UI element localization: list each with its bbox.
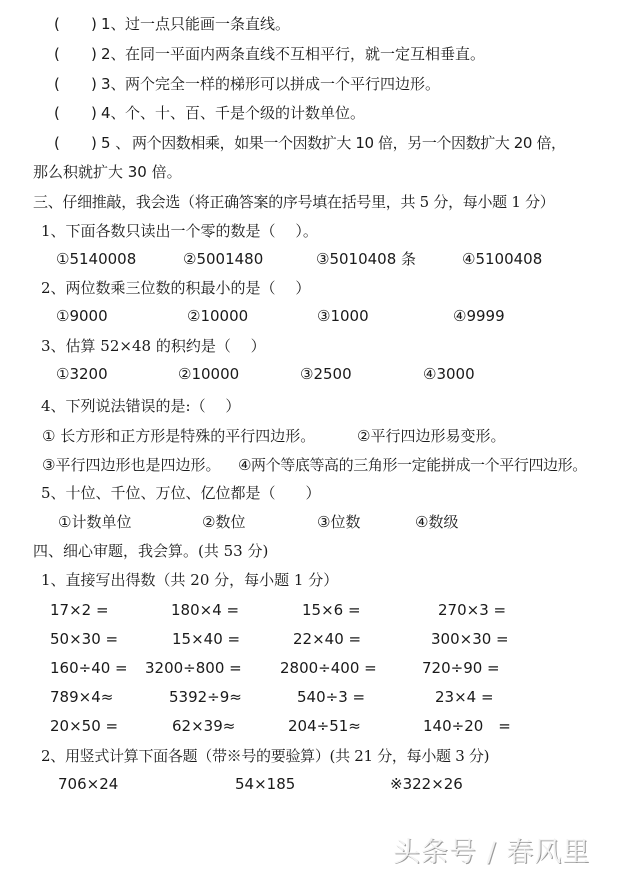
answer-paren-close: ): [91, 14, 97, 34]
question-text: 3、估算 52×48 的积约是（ ）: [41, 336, 266, 356]
option-2: ②10000: [187, 306, 248, 326]
option-4: ④5100408: [462, 249, 542, 269]
calc-item: 3200÷800 =: [145, 658, 242, 678]
section-title: 三、仔细推敲，我会选（将正确答案的序号填在括号里，共 5 分，每小题 1 分）: [33, 192, 554, 212]
written-calc-item: 54×185: [235, 774, 295, 794]
brand-watermark: 头条号 / 春风里: [393, 836, 590, 870]
option-3: ③1000: [317, 306, 369, 326]
item-text: 两个完全一样的梯形可以拼成一个平行四边形。: [125, 74, 440, 94]
answer-paren-close: ): [91, 74, 97, 94]
option-4: ④数级: [415, 512, 458, 532]
option-2: ②5001480: [183, 249, 263, 269]
question-text: 5、十位、千位、万位、亿位都是（ ）: [41, 483, 321, 503]
option-3: ③平行四边形也是四边形。: [42, 455, 220, 475]
item-number: 4、: [101, 103, 126, 123]
question-text: 2、两位数乘三位数的积最小的是（ ）: [41, 278, 310, 298]
answer-paren-close: ): [91, 103, 97, 123]
answer-paren-open[interactable]: (: [54, 133, 60, 153]
calc-item: 15×6 =: [302, 600, 361, 620]
section-title: 四、细心审题，我会算。(共 53 分): [33, 541, 268, 561]
option-4: ④9999: [453, 306, 505, 326]
calc-item: 23×4 =: [435, 687, 494, 707]
answer-paren-open[interactable]: (: [54, 103, 60, 123]
item-text: 两个因数相乘，如果一个因数扩大 10 倍，另一个因数扩大 20 倍，: [132, 133, 566, 153]
calc-item: 20×50 =: [50, 716, 118, 736]
option-1: ①5140008: [56, 249, 136, 269]
calc-item: 204÷51≈: [288, 716, 361, 736]
part2-title: 2、用竖式计算下面各题（带※号的要验算）(共 21 分，每小题 3 分): [41, 746, 489, 766]
calc-item: 180×4 =: [171, 600, 239, 620]
calc-item: 789×4≈: [50, 687, 113, 707]
calc-item: 22×40 =: [293, 629, 361, 649]
calc-item: 5392÷9≈: [169, 687, 242, 707]
option-1: ①9000: [56, 306, 108, 326]
option-3: ③5010408 条: [316, 249, 416, 269]
calc-item: 50×30 =: [50, 629, 118, 649]
answer-paren-open[interactable]: (: [54, 74, 60, 94]
calc-item: 62×39≈: [172, 716, 235, 736]
calc-item: 540÷3 =: [297, 687, 365, 707]
question-text: 1、下面各数只读出一个零的数是（ ）。: [41, 221, 318, 241]
item-text-continuation: 那么积就扩大 30 倍。: [33, 162, 182, 182]
option-3: ③位数: [317, 512, 360, 532]
option-1: ① 长方形和正方形是特殊的平行四边形。: [42, 426, 315, 446]
part1-title: 1、直接写出得数（共 20 分，每小题 1 分）: [41, 570, 338, 590]
calc-item: 15×40 =: [172, 629, 240, 649]
option-3: ③2500: [300, 364, 352, 384]
calc-item: 270×3 =: [438, 600, 506, 620]
answer-paren-close: ): [91, 133, 97, 153]
written-calc-item: 706×24: [58, 774, 118, 794]
item-number: 2、: [101, 44, 126, 64]
calc-item: 2800÷400 =: [280, 658, 377, 678]
option-4: ④3000: [423, 364, 475, 384]
calc-item: 300×30 =: [431, 629, 509, 649]
item-number: 3、: [101, 74, 126, 94]
item-number: 1、: [101, 14, 126, 34]
answer-paren-close: ): [91, 44, 97, 64]
option-1: ①3200: [56, 364, 108, 384]
option-1: ①计数单位: [58, 512, 131, 532]
item-text: 过一点只能画一条直线。: [125, 14, 290, 34]
question-text: 4、下列说法错误的是:（ ）: [41, 396, 240, 416]
option-2: ②数位: [202, 512, 245, 532]
item-text: 在同一平面内两条直线不互相平行，就一定互相垂直。: [125, 44, 485, 64]
item-number: 5 、: [101, 133, 130, 153]
item-text: 个、十、百、千是个级的计数单位。: [125, 103, 365, 123]
option-2: ②10000: [178, 364, 239, 384]
option-4: ④两个等底等高的三角形一定能拼成一个平行四边形。: [238, 455, 587, 475]
option-2: ②平行四边形易变形。: [357, 426, 505, 446]
answer-paren-open[interactable]: (: [54, 14, 60, 34]
answer-paren-open[interactable]: (: [54, 44, 60, 64]
written-calc-item: ※322×26: [390, 774, 463, 794]
calc-item: 160÷40 =: [50, 658, 128, 678]
calc-item: 17×2 =: [50, 600, 109, 620]
calc-item: 720÷90 =: [422, 658, 500, 678]
calc-item: 140÷20 =: [423, 716, 511, 736]
